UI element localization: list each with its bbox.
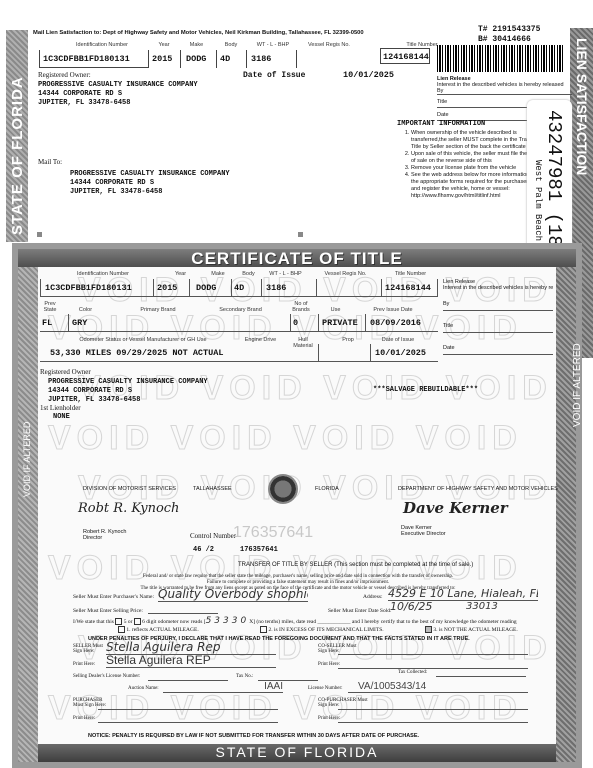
penalty-notice: NOTICE: PENALTY IS REQUIRED BY LAW IF NO…: [88, 733, 419, 739]
cert-owner-line-2: 14344 CORPORATE RD S: [48, 387, 208, 396]
actual-mileage-checkbox[interactable]: [118, 626, 125, 633]
cert-label-use: Use: [323, 307, 348, 313]
mail-to-line-3: JUPITER, FL 33478-6458: [70, 188, 230, 197]
cert-vehicle-id: 1C3CDFBB1FD180131: [45, 283, 132, 293]
selling-price-label: Seller Must Enter Selling Price:: [73, 608, 143, 614]
notice-title-box: 124168144: [380, 48, 430, 64]
cert-date-issue: 10/01/2025: [375, 348, 426, 358]
cert-label-brands: No of Brands: [290, 301, 312, 313]
control-number-large: 176357641: [233, 524, 313, 542]
certificate-of-title: CERTIFICATE OF TITLE VOID IF ALTERED VOI…: [12, 243, 582, 768]
cert-lien-release: Lien Release Interest in the described v…: [443, 279, 553, 355]
lien-release-by-line[interactable]: By: [437, 88, 572, 95]
mail-lien-instructions: Mail Lien Satisfaction to: Dept of Highw…: [33, 30, 364, 36]
lien-release-text: Interest in the described vehicles is he…: [437, 82, 572, 88]
void-watermark: VOID VOID VOID VOID: [48, 419, 523, 458]
cert-label-wt: WT - L - BHP: [263, 271, 308, 277]
date-sold-label: Seller Must Enter Date Sold:: [328, 608, 392, 614]
cert-prev-state: FL: [42, 318, 52, 328]
cert-label-date-issue: Date of Issue: [378, 337, 418, 343]
cert-lien-by-label: By: [443, 301, 449, 307]
lien-date-label: Date: [437, 112, 449, 118]
label-vessel: Vessel Regis No.: [299, 42, 359, 48]
cert-label-odometer: Odometer Status or Vessel Manufacturer o…: [73, 337, 213, 343]
executive-block: Dave Kerner Executive Director: [401, 525, 446, 537]
six-digit-text: 6 digit odometer now reads: [142, 619, 202, 625]
copurchaser-print-label: Print Here:: [318, 716, 340, 721]
important-heading: IMPORTANT INFORMATION: [397, 120, 547, 128]
cert-label-body: Body: [236, 271, 261, 277]
cert-label-id: Identification Number: [63, 271, 143, 277]
address-label: Address:: [363, 594, 383, 600]
vehicle-year: 2015: [152, 54, 172, 64]
tax-no-label: Tax No.:: [236, 674, 253, 679]
label-wt: WT - L - BHP: [249, 42, 297, 48]
city-label: TALLAHASSEE: [193, 486, 232, 492]
five-or-text: 5 or: [124, 619, 133, 625]
cert-label-prev-state: Prev State: [40, 301, 60, 313]
copurchaser-print-field[interactable]: [338, 722, 528, 723]
registered-owner-label: Registered Owner:: [38, 71, 91, 79]
cert-make: DODG: [196, 283, 216, 293]
address-field[interactable]: 4529 E 10 Lane, Hialeah, FL: [388, 587, 538, 601]
option-not-actual: 3. is NOT THE ACTUAL MILEAGE.: [433, 627, 517, 633]
cert-odometer: 53,330 MILES 09/29/2025 NOT ACTUAL: [50, 348, 223, 358]
cert-label-make: Make: [203, 271, 233, 277]
purchaser-sign-label: PURCHASER Must Sign Here:: [73, 698, 113, 708]
cert-row1: 1C3CDFBB1FD180131 2015 DODG 4D 3186 1241…: [40, 279, 438, 297]
division-label: DIVISION OF MOTORIST SERVICES: [83, 486, 176, 492]
date-sold-field[interactable]: 10/6/25: [390, 600, 450, 613]
certificate-title: CERTIFICATE OF TITLE: [18, 249, 576, 269]
wt-box: 3186: [247, 50, 297, 68]
state-seal: [268, 474, 298, 504]
cert-label-vessel: Vessel Regis No.: [318, 271, 373, 277]
transfer-heading: TRANSFER OF TITLE BY SELLER (This sectio…: [238, 562, 473, 568]
lienholder-value: NONE: [53, 413, 70, 421]
purchaser-print-field[interactable]: [98, 722, 278, 723]
body-box: 4D: [217, 50, 247, 68]
certify-text: and I hereby certify that to the best of…: [352, 619, 517, 625]
auction-name-label: Auction Name:: [128, 686, 159, 691]
seller-sign-label: SELLER Must Sign Here:: [73, 644, 103, 654]
coseller-print-field[interactable]: [338, 668, 528, 669]
excess-limits-checkbox[interactable]: [260, 626, 267, 633]
cert-wt: 3186: [266, 283, 286, 293]
control-number-label: Control Number: [190, 532, 236, 540]
cert-owner-label: Registered Owner: [40, 368, 91, 376]
date-of-issue-label: Date of Issue: [243, 71, 305, 80]
cert-lien-title-line[interactable]: Title: [443, 323, 553, 333]
cert-label-year: Year: [168, 271, 193, 277]
dealer-license-label: Selling Dealer's License Number:: [73, 674, 140, 679]
mail-to-line-1: PROGRESSIVE CASUALTY INSURANCE COMPANY: [70, 170, 230, 179]
perforation-mark: [298, 232, 303, 237]
odometer-statement: I/We state that this 5 or 6 digit odomet…: [73, 616, 517, 626]
seller-print-label: Print Here:: [73, 662, 95, 667]
mail-to-line-2: 14344 CORPORATE RD S: [70, 179, 230, 188]
make-box: DODG: [181, 50, 217, 68]
label-make: Make: [179, 42, 214, 48]
cert-prev-issue: 08/09/2016: [370, 318, 421, 328]
cert-label-title: Title Number: [388, 271, 433, 277]
purchaser-name-field[interactable]: Quality Overbody shophic: [158, 587, 308, 602]
odometer-reading-field[interactable]: 53330: [206, 616, 250, 626]
cert-owner: PROGRESSIVE CASUALTY INSURANCE COMPANY 1…: [48, 378, 208, 405]
cert-color: GRY: [72, 318, 87, 328]
coseller-sign-label: CO-SELLER Must Sign Here:: [318, 644, 358, 654]
state-label: FLORIDA: [315, 486, 339, 492]
cert-lien-text: Interest in the described vehicles is he…: [443, 285, 553, 291]
label-body: Body: [217, 42, 245, 48]
barcode: [437, 45, 565, 72]
vehicle-make: DODG: [186, 54, 206, 64]
coseller-print-label: Print Here:: [318, 662, 340, 667]
mail-to-address: PROGRESSIVE CASUALTY INSURANCE COMPANY 1…: [70, 170, 230, 197]
executive-signature: Dave Kerner: [403, 499, 508, 517]
purchaser-signature-field[interactable]: [98, 709, 278, 710]
control-number: 176357641: [240, 546, 278, 554]
footer-state-title: STATE OF FLORIDA: [38, 744, 556, 760]
vehicle-id: 1C3CDFBB1FD180131: [43, 54, 130, 64]
vehicle-wt: 3186: [251, 54, 271, 64]
perforation-mark: [37, 232, 42, 237]
date-of-issue: 10/01/2025: [343, 70, 394, 80]
id-box: 1C3CDFBB1FD180131: [39, 50, 149, 68]
notice-owner: PROGRESSIVE CASUALTY INSURANCE COMPANY 1…: [38, 81, 198, 108]
tax-collected-field[interactable]: [436, 676, 526, 677]
lien-release-title-line[interactable]: Title: [437, 99, 532, 108]
lien-by-label: By: [437, 88, 443, 94]
six-digit-checkbox[interactable]: [134, 618, 141, 625]
left-band-text: STATE OF FLORIDA: [9, 76, 26, 235]
not-actual-checkbox[interactable]: [425, 626, 432, 633]
director-signature: Robt R. Kynoch: [78, 501, 179, 516]
copurchaser-sign-label: CO-PURCHASER Must Sign Here:: [318, 698, 368, 708]
purchaser-print-label: Print Here:: [73, 716, 95, 721]
cert-row3: 53,330 MILES 09/29/2025 NOT ACTUAL 10/01…: [40, 344, 438, 362]
notice-vehicle-row: Identification Number Year Make Body WT …: [37, 42, 397, 68]
coseller-signature-field[interactable]: [338, 654, 528, 655]
lien-title-label: Title: [437, 99, 447, 105]
label-id: Identification Number: [57, 42, 147, 48]
cert-label-engine: Engine Drive: [243, 337, 278, 343]
cert-label-prev-issue: Prev Issue Date: [368, 307, 418, 313]
t-number: T# 2191543375: [478, 25, 540, 34]
certificate-header-band: CERTIFICATE OF TITLE: [18, 249, 576, 267]
cert-brands: 0: [293, 318, 298, 328]
odometer-stmt-text: I/We state that this: [73, 619, 114, 625]
odometer-options: 1. reflects ACTUAL MILEAGE. 2. is IN EXC…: [118, 626, 518, 633]
sticker-location: West Palm Beach: [533, 160, 543, 241]
cert-label-color: Color: [73, 307, 98, 313]
cert-title-number: 124168144: [385, 283, 431, 293]
five-digit-checkbox[interactable]: [115, 618, 122, 625]
brand-note: ***SALVAGE REBUILDABLE***: [373, 386, 478, 394]
vehicle-body: 4D: [220, 54, 230, 64]
auction-name-field[interactable]: IAAI: [163, 681, 283, 693]
cert-row2: FL GRY 0 PRIVATE 08/09/2016: [40, 314, 438, 332]
important-information: IMPORTANT INFORMATION When ownership of …: [397, 120, 547, 200]
cert-label-primary-brand: Primary Brand: [133, 307, 183, 313]
copurchaser-signature-field[interactable]: [338, 709, 528, 710]
notice-title-number: 124168144: [383, 52, 429, 62]
seller-print-field[interactable]: Stella Aguilera REP: [106, 653, 276, 668]
license-number-field[interactable]: VA/1005343/14: [348, 681, 528, 693]
certificate-footer-band: STATE OF FLORIDA: [38, 744, 556, 762]
license-number-label: License Number:: [308, 686, 343, 691]
director-block: Robert R. Kynoch Director: [83, 529, 126, 541]
lienholder-label: 1st Lienholder: [40, 404, 81, 412]
cert-use: PRIVATE: [322, 318, 358, 328]
cert-lien-date-label: Date: [443, 345, 455, 351]
cert-lien-date-line[interactable]: Date: [443, 345, 553, 355]
right-void-band: VOID IF ALTERED: [556, 267, 576, 762]
cert-year: 2015: [157, 283, 177, 293]
owner-line-3: JUPITER, FL 33478-6458: [38, 99, 198, 108]
left-void-text: VOID IF ALTERED: [22, 422, 32, 497]
cert-body: 4D: [234, 283, 244, 293]
department-label: DEPARTMENT OF HIGHWAY SAFETY AND MOTOR V…: [398, 486, 558, 492]
cert-label-prop: Prop: [338, 337, 358, 343]
label-year: Year: [149, 42, 179, 48]
important-list: When ownership of the vehicle described …: [397, 130, 547, 200]
option-excess-limits: 2. is IN EXCESS OF ITS MECHANICAL LIMITS…: [268, 627, 383, 633]
executive-title: Executive Director: [401, 531, 446, 537]
control-prefix: 46 /2: [193, 546, 214, 554]
left-security-band: STATE OF FLORIDA: [6, 30, 28, 242]
year-box: 2015: [149, 50, 181, 68]
option-actual-mileage: 1. reflects ACTUAL MILEAGE.: [126, 627, 198, 633]
cert-owner-line-1: PROGRESSIVE CASUALTY INSURANCE COMPANY: [48, 378, 208, 387]
owner-line-1: PROGRESSIVE CASUALTY INSURANCE COMPANY: [38, 81, 198, 90]
selling-price-field[interactable]: [148, 613, 218, 614]
cert-label-secondary-brand: Secondary Brand: [213, 307, 268, 313]
b-number: B# 30414666: [478, 35, 531, 44]
right-band-text: LIEN SATISFACTION: [574, 38, 590, 175]
owner-line-2: 14344 CORPORATE RD S: [38, 90, 198, 99]
no-tenths-text: (no tenths) miles, date read: [256, 619, 316, 625]
director-title: Director: [83, 535, 126, 541]
left-void-band: VOID IF ALTERED: [18, 267, 38, 762]
cert-lien-title-label: Title: [443, 323, 453, 329]
mail-to-label: Mail To:: [38, 158, 62, 166]
cert-lien-by-line[interactable]: By: [443, 301, 553, 311]
zip-field[interactable]: 33013: [466, 601, 498, 612]
purchaser-name-label: Seller Must Enter Purchaser's Name:: [73, 594, 154, 600]
tax-collected-label: Tax Collected:: [398, 670, 427, 675]
right-void-text: VOID IF ALTERED: [572, 343, 583, 427]
